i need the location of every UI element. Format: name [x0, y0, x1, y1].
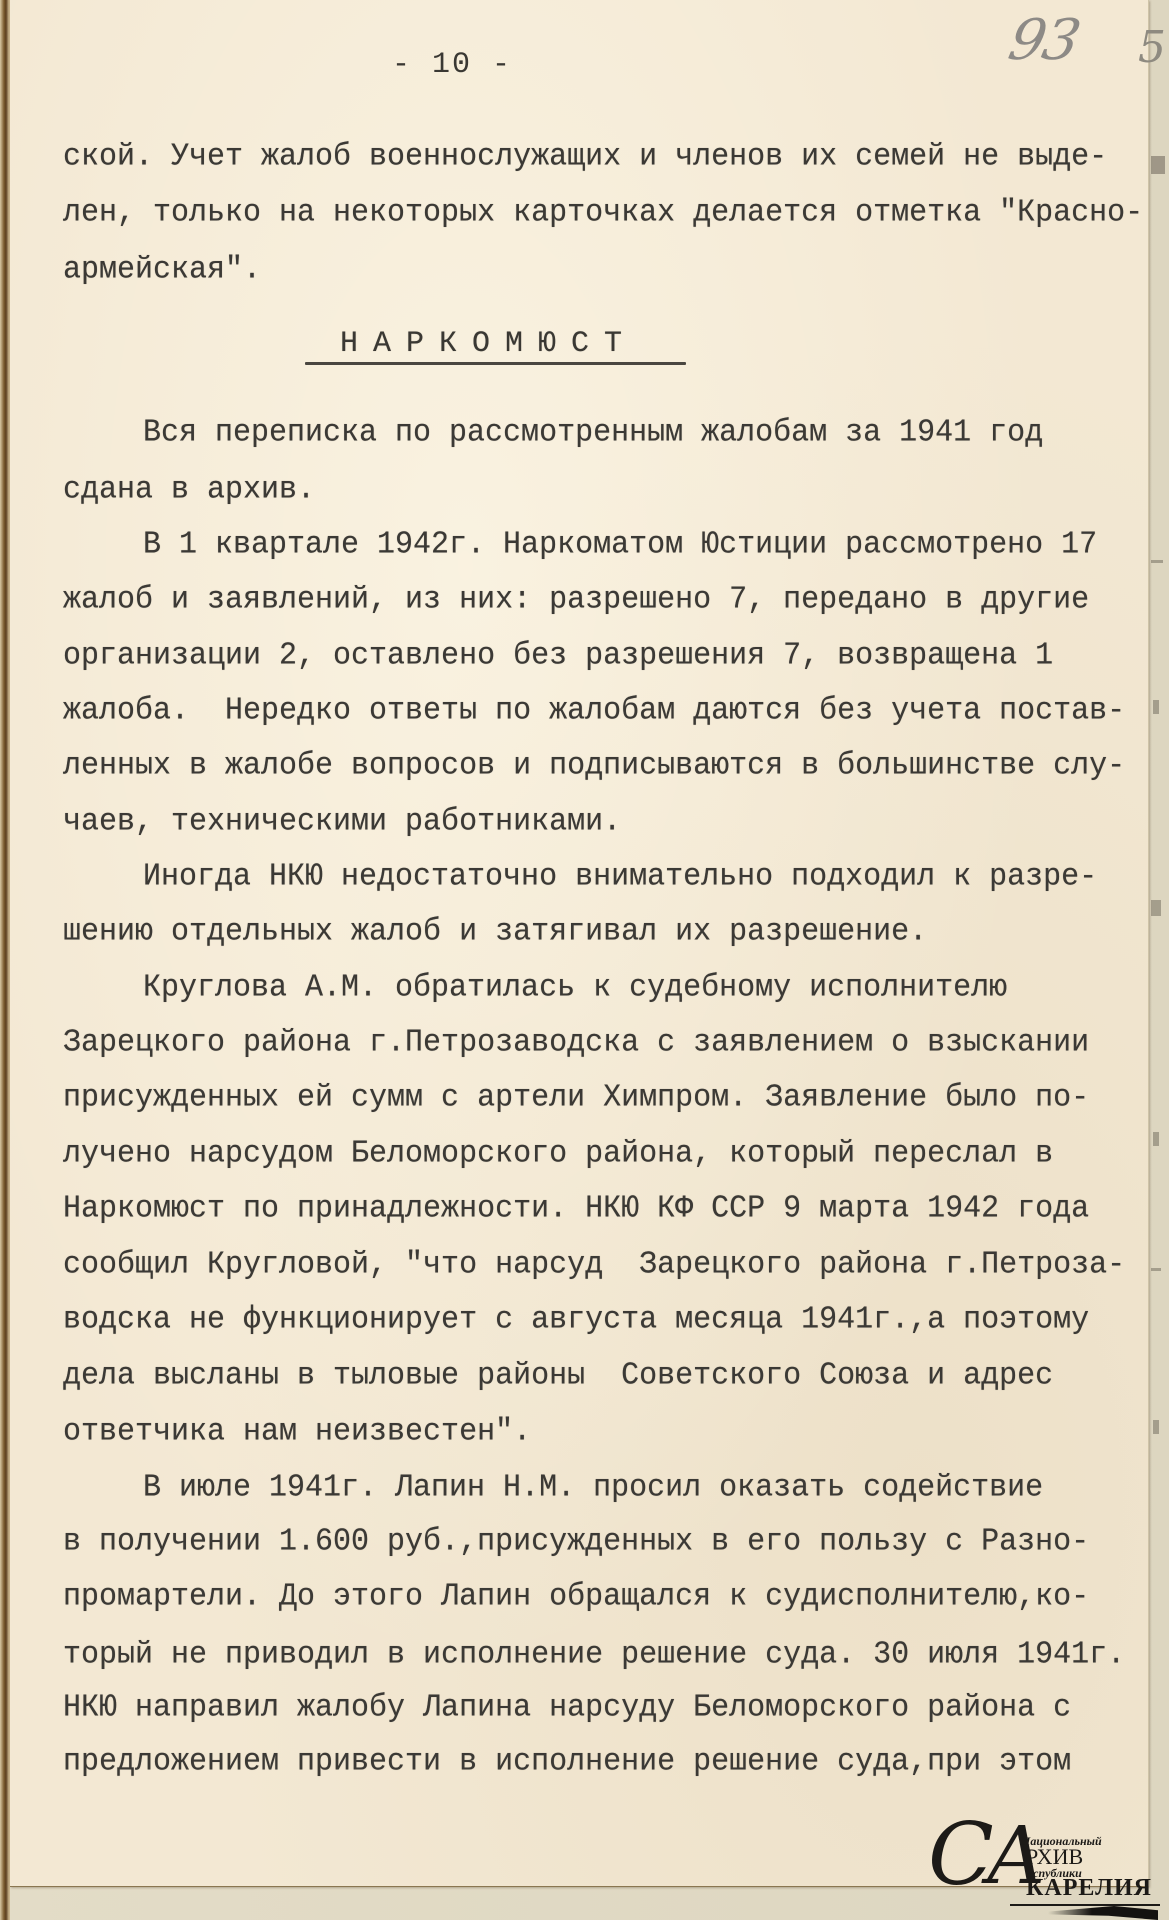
text-line: жалоб и заявлений, из них: разрешено 7, …	[63, 582, 1089, 618]
text-line: лучено нарсудом Беломорского района, кот…	[63, 1136, 1053, 1172]
text-line: дела высланы в тыловые районы Советского…	[63, 1358, 1053, 1394]
archive-logo: С А Национальный РХИВ еспублики КАРЕЛИЯ	[928, 1812, 1158, 1912]
underlying-page-edge	[1149, 0, 1169, 1900]
text-line: ской. Учет жалоб военнослужащих и членов…	[63, 139, 1107, 175]
logo-line-archive: РХИВ	[1026, 1846, 1083, 1868]
underlying-folio-number: 5	[1138, 22, 1166, 73]
page-number-text: - 10 -	[392, 48, 512, 82]
binding-edge	[0, 0, 10, 1920]
text-line: В июле 1941г. Лапин Н.М. просил оказать …	[143, 1470, 1043, 1506]
logo-line-karelia: КАРЕЛИЯ	[1026, 1876, 1152, 1900]
section-title: НАРКОМЮСТ	[340, 327, 637, 361]
text-line: организации 2, оставлено без разрешения …	[63, 638, 1053, 674]
text-line: Круглова А.М. обратилась к судебному исп…	[143, 970, 1007, 1006]
text-line: сдана в архив.	[63, 472, 315, 508]
text-line: предложением привести в исполнение решен…	[63, 1744, 1071, 1780]
text-line: В 1 квартале 1942г. Наркоматом Юстиции р…	[143, 527, 1097, 563]
text-line: водска не функционирует с августа месяца…	[63, 1302, 1089, 1338]
text-line: Иногда НКЮ недостаточно внимательно подх…	[143, 859, 1097, 895]
text-line: чаев, техническими работниками.	[63, 804, 621, 840]
text-line: НКЮ направил жалобу Лапина нарсуду Белом…	[63, 1690, 1071, 1726]
text-line: ответчика нам неизвестен".	[63, 1414, 531, 1450]
text-line: торый не приводил в исполнение решение с…	[63, 1637, 1125, 1673]
logo-rule	[1010, 1904, 1160, 1906]
text-line: в получении 1.600 руб.,присужденных в ег…	[63, 1524, 1089, 1560]
section-title-underline	[305, 362, 686, 365]
text-line: ленных в жалобе вопросов и подписываются…	[63, 748, 1125, 784]
handwritten-folio-number: 93	[1003, 8, 1084, 73]
text-line: жалоба. Нередко ответы по жалобам даются…	[63, 693, 1125, 729]
text-line: Наркомюст по принадлежности. НКЮ КФ ССР …	[63, 1191, 1089, 1227]
text-line: присужденных ей сумм с артели Химпром. З…	[63, 1080, 1089, 1116]
text-line: лен, только на некоторых карточках делае…	[63, 195, 1143, 231]
logo-initial-s: С	[928, 1812, 994, 1898]
text-line: Зарецкого района г.Петрозаводска с заявл…	[63, 1025, 1089, 1061]
text-line: сообщил Кругловой, "что нарсуд Зарецкого…	[63, 1247, 1125, 1283]
text-line: шению отдельных жалоб и затягивал их раз…	[63, 914, 927, 950]
text-line: Вся переписка по рассмотренным жалобам з…	[143, 415, 1043, 451]
text-line: армейская".	[63, 252, 261, 288]
text-line: промартели. До этого Лапин обращался к с…	[63, 1579, 1089, 1615]
